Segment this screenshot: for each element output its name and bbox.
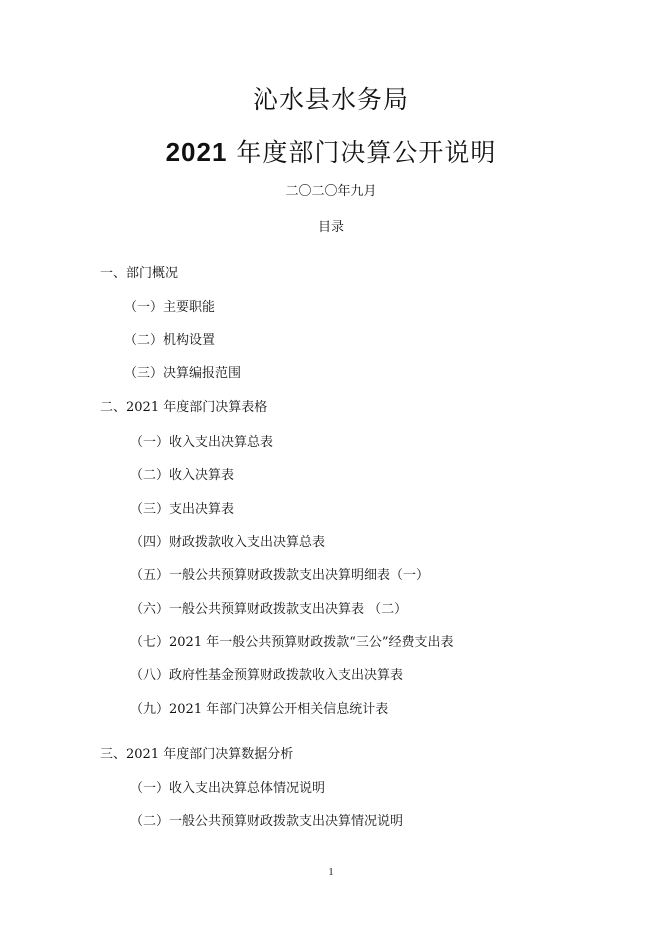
toc-item[interactable]: （八）政府性基金预算财政拨款收入支出决算表 xyxy=(130,664,403,683)
toc-item[interactable]: （一）主要职能 xyxy=(124,296,215,315)
toc-item[interactable]: （三）决算编报范围 xyxy=(124,362,241,381)
toc-item[interactable]: （六）一般公共预算财政拨款支出决算表 （二） xyxy=(130,598,407,617)
toc-item[interactable]: （二）一般公共预算财政拨款支出决算情况说明 xyxy=(130,810,403,829)
document-date: 二〇二〇年九月 xyxy=(0,180,662,199)
report-title-text: 年度部门决算公开说明 xyxy=(227,138,496,167)
toc-item[interactable]: （九）2021 年部门决算公开相关信息统计表 xyxy=(130,698,388,717)
document-title-report: 2021 年度部门决算公开说明 xyxy=(0,133,662,169)
toc-item[interactable]: （五）一般公共预算财政拨款支出决算明细表（一） xyxy=(130,564,429,583)
toc-item[interactable]: （二）收入决算表 xyxy=(130,464,234,483)
toc-item[interactable]: （七）2021 年一般公共预算财政拨款“三公”经费支出表 xyxy=(130,631,454,650)
page-number: 1 xyxy=(0,866,662,878)
toc-item[interactable]: （一）收入支出决算总表 xyxy=(130,431,273,450)
toc-section-1[interactable]: 一、部门概况 xyxy=(100,262,178,281)
toc-heading: 目录 xyxy=(0,216,662,235)
toc-item[interactable]: （三）支出决算表 xyxy=(130,498,234,517)
report-year: 2021 xyxy=(166,137,228,167)
document-page: 沁水县水务局 2021 年度部门决算公开说明 二〇二〇年九月 目录 一、部门概况… xyxy=(0,0,662,936)
toc-item[interactable]: （二）机构设置 xyxy=(124,329,215,348)
document-title-organization: 沁水县水务局 xyxy=(0,80,662,116)
toc-item[interactable]: （一）收入支出决算总体情况说明 xyxy=(130,777,325,796)
toc-item[interactable]: （四）财政拨款收入支出决算总表 xyxy=(130,531,325,550)
toc-section-2[interactable]: 二、2021 年度部门决算表格 xyxy=(100,396,267,415)
toc-section-3[interactable]: 三、2021 年度部门决算数据分析 xyxy=(100,743,293,762)
